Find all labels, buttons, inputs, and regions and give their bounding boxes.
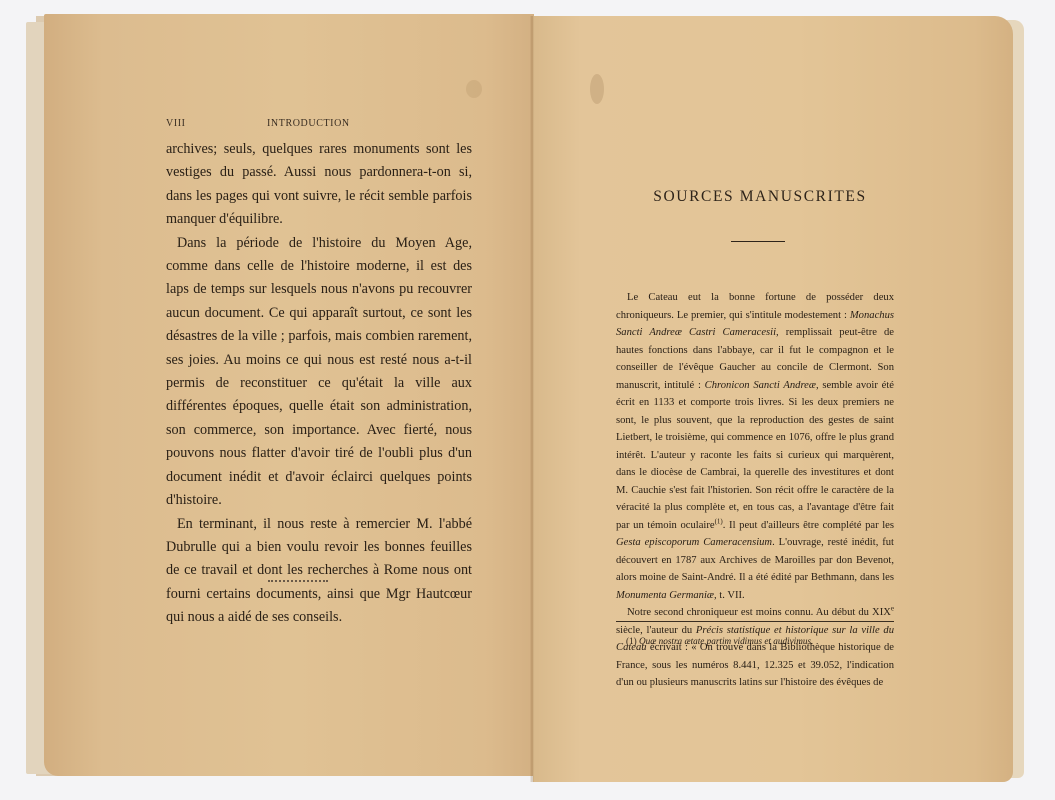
left-page-body: archives; seuls, quelques rares monument…	[166, 138, 472, 630]
ink-stain	[590, 74, 604, 104]
superscript: e	[891, 604, 894, 612]
latin-title: Monumenta Germaniæ,	[616, 590, 717, 601]
text-run: écrivait : « On trouve dans la Bibliothè…	[616, 642, 894, 688]
footnote-text: Quæ nostra ætate partim vidimus et audiv…	[639, 636, 813, 646]
footnote-rule	[616, 621, 894, 622]
footnote-reference[interactable]: (1)	[715, 517, 723, 525]
latin-title: Gesta episcoporum Cameracensium	[616, 537, 772, 548]
book-gutter	[530, 16, 534, 782]
text-run: t. VII.	[717, 590, 745, 601]
text-run: . Il peut d'ailleurs être complété par l…	[723, 520, 894, 531]
text-run: semble avoir été écrit en 1133 et compor…	[616, 380, 894, 531]
latin-title: Chronicon Sancti Andreæ,	[705, 380, 819, 391]
paragraph: Notre second chroniqueur est moins connu…	[616, 604, 894, 692]
paragraph: Le Cateau eut la bonne fortune de posséd…	[616, 289, 894, 604]
running-title: INTRODUCTION	[267, 118, 350, 129]
paragraph: En terminant, il nous reste à remercier …	[166, 513, 472, 630]
text-run: siècle, l'auteur du	[616, 625, 696, 636]
paragraph: archives; seuls, quelques rares monument…	[166, 138, 472, 232]
ink-stain	[466, 80, 482, 98]
page-number: VIII	[166, 118, 186, 129]
right-page-body: Le Cateau eut la bonne fortune de posséd…	[616, 289, 894, 692]
end-ornament	[268, 580, 328, 584]
text-run: Notre second chroniqueur est moins connu…	[627, 607, 891, 618]
footnote: (1) Quæ nostra ætate partim vidimus et a…	[626, 636, 896, 646]
paragraph: Dans la période de l'histoire du Moyen A…	[166, 232, 472, 513]
title-rule	[731, 241, 785, 242]
footnote-marker: (1)	[626, 636, 637, 646]
section-title: SOURCES MANUSCRITES	[600, 188, 920, 206]
